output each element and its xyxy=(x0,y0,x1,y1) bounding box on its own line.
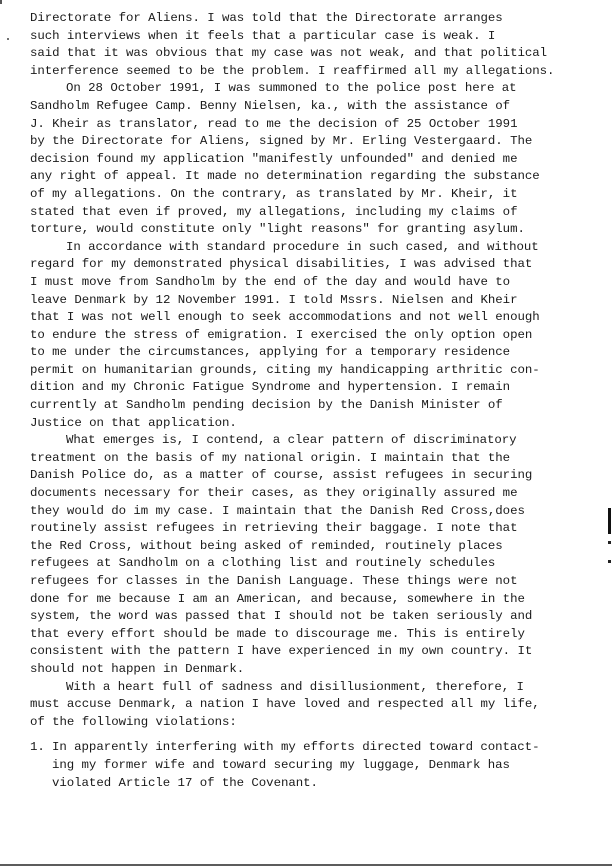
scan-artifact xyxy=(608,541,611,544)
text-line: Justice on that application. xyxy=(30,415,590,433)
text-line: violated Article 17 of the Covenant. xyxy=(30,775,590,793)
paragraph: Directorate for Aliens. I was told that … xyxy=(30,10,590,80)
text-line: 1.In apparently interfering with my effo… xyxy=(30,739,590,757)
list-number: 1. xyxy=(30,739,52,757)
text-line: such interviews when it feels that a par… xyxy=(30,28,590,46)
text-line: currently at Sandholm pending decision b… xyxy=(30,397,590,415)
text-line: I must move from Sandholm by the end of … xyxy=(30,274,590,292)
text-line: With a heart full of sadness and disillu… xyxy=(30,679,590,697)
text-line: any right of appeal. It made no determin… xyxy=(30,168,590,186)
text-line: that every effort should be made to disc… xyxy=(30,626,590,644)
text-line: stated that even if proved, my allegatio… xyxy=(30,204,590,222)
scan-artifact xyxy=(7,38,9,40)
text-line: Directorate for Aliens. I was told that … xyxy=(30,10,590,28)
text-line: leave Denmark by 12 November 1991. I tol… xyxy=(30,292,590,310)
document-page: Directorate for Aliens. I was told that … xyxy=(0,0,612,866)
text-line: that I was not well enough to seek accom… xyxy=(30,309,590,327)
text-line: torture, would constitute only "light re… xyxy=(30,221,590,239)
text-line: What emerges is, I contend, a clear patt… xyxy=(30,432,590,450)
text-line: On 28 October 1991, I was summoned to th… xyxy=(30,80,590,98)
text-line: decision found my application "manifestl… xyxy=(30,151,590,169)
text-line: done for me because I am an American, an… xyxy=(30,591,590,609)
paragraph: With a heart full of sadness and disillu… xyxy=(30,679,590,732)
text-line: said that it was obvious that my case wa… xyxy=(30,45,590,63)
text-line: they would do im my case. I maintain tha… xyxy=(30,503,590,521)
text-line: refugees for classes in the Danish Langu… xyxy=(30,573,590,591)
text-line: must accuse Denmark, a nation I have lov… xyxy=(30,696,590,714)
paragraph: In accordance with standard procedure in… xyxy=(30,239,590,433)
paragraph: On 28 October 1991, I was summoned to th… xyxy=(30,80,590,238)
text-line: system, the word was passed that I shoul… xyxy=(30,608,590,626)
text-line: Sandholm Refugee Camp. Benny Nielsen, ka… xyxy=(30,98,590,116)
text-line: to me under the circumstances, applying … xyxy=(30,344,590,362)
scan-artifact xyxy=(608,508,611,534)
text-line: dition and my Chronic Fatigue Syndrome a… xyxy=(30,379,590,397)
violations-list: 1.In apparently interfering with my effo… xyxy=(30,739,590,792)
text-line: J. Kheir as translator, read to me the d… xyxy=(30,116,590,134)
text-line: Danish Police do, as a matter of course,… xyxy=(30,467,590,485)
scan-artifact xyxy=(608,560,611,563)
text-line: regard for my demonstrated physical disa… xyxy=(30,256,590,274)
text-line: to endure the stress of emigration. I ex… xyxy=(30,327,590,345)
text-line: of the following violations: xyxy=(30,714,590,732)
list-item: 1.In apparently interfering with my effo… xyxy=(30,739,590,792)
paragraphs: Directorate for Aliens. I was told that … xyxy=(30,10,590,731)
scan-artifact xyxy=(0,0,2,4)
text-line: refugees at Sandholm on a clothing list … xyxy=(30,555,590,573)
text-line: routinely assist refugees in retrieving … xyxy=(30,520,590,538)
list-text: In apparently interfering with my effort… xyxy=(52,740,539,754)
text-line: of my allegations. On the contrary, as t… xyxy=(30,186,590,204)
text-line: should not happen in Denmark. xyxy=(30,661,590,679)
text-line: by the Directorate for Aliens, signed by… xyxy=(30,133,590,151)
paragraph: What emerges is, I contend, a clear patt… xyxy=(30,432,590,678)
text-line: In accordance with standard procedure in… xyxy=(30,239,590,257)
text-line: consistent with the pattern I have exper… xyxy=(30,643,590,661)
text-line: ing my former wife and toward securing m… xyxy=(30,757,590,775)
text-line: documents necessary for their cases, as … xyxy=(30,485,590,503)
text-line: interference seemed to be the problem. I… xyxy=(30,63,590,81)
text-line: treatment on the basis of my national or… xyxy=(30,450,590,468)
text-line: permit on humanitarian grounds, citing m… xyxy=(30,362,590,380)
text-line: the Red Cross, without being asked of re… xyxy=(30,538,590,556)
document-body: Directorate for Aliens. I was told that … xyxy=(30,10,590,792)
